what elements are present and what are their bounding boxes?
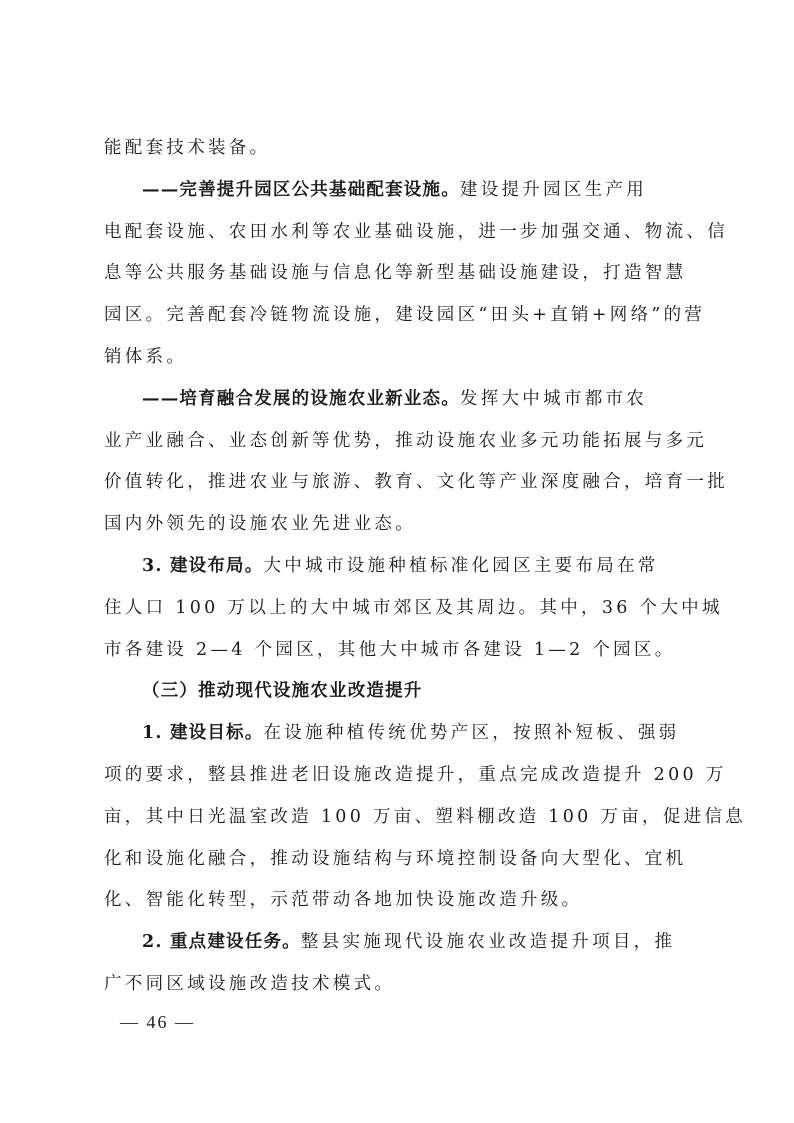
line-text: 业产业融合、业态创新等优势，推动设施农业多元功能拓展与多元: [104, 431, 707, 451]
subheading-line: ——培育融合发展的设施农业新业态。发挥大中城市都市农: [104, 379, 690, 421]
line-text: 价值转化，推进农业与旅游、教育、文化等产业深度融合，培育一批: [104, 472, 728, 492]
paragraph-line: 化、智能化转型，示范带动各地加快设施改造升级。: [104, 880, 690, 922]
line-text: 建设提升园区生产用: [460, 180, 647, 200]
line-text: 在设施种植传统优势产区，按照补短板、强弱: [263, 723, 679, 743]
paragraph-line: 亩，其中日光温室改造 100 万亩、塑料棚改造 100 万亩，促进信息: [104, 797, 690, 839]
line-text: 能配套技术装备。: [104, 138, 270, 158]
bold-heading: ——完善提升园区公共基础配套设施。: [142, 180, 460, 200]
paragraph-line: 电配套设施、农田水利等农业基础设施，进一步加强交通、物流、信: [104, 212, 690, 254]
line-text: 广不同区域设施改造技术模式。: [104, 974, 395, 994]
paragraph-line: 住人口 100 万以上的大中城市郊区及其周边。其中，36 个大中城: [104, 588, 690, 630]
paragraph-line: 园区。完善配套冷链物流设施，建设园区“田头+直销+网络”的营: [104, 295, 690, 337]
bold-heading: 1. 建设目标。: [142, 723, 263, 743]
paragraph-line: 能配套技术装备。: [104, 128, 690, 170]
page-number: — 46 —: [120, 1012, 195, 1033]
bold-heading: （三）推动现代设施农业改造提升: [142, 681, 423, 701]
subheading-line: ——完善提升园区公共基础配套设施。建设提升园区生产用: [104, 170, 690, 212]
subheading-line: 1. 建设目标。在设施种植传统优势产区，按照补短板、强弱: [104, 713, 690, 755]
paragraph-line: 项的要求，整县推进老旧设施改造提升，重点完成改造提升 200 万: [104, 755, 690, 797]
line-text: 息等公共服务基础设施与信息化等新型基础设施建设，打造智慧: [104, 263, 686, 283]
line-text: 大中城市设施种植标准化园区主要布局在常: [263, 556, 658, 576]
bold-heading: ——培育融合发展的设施农业新业态。: [142, 389, 460, 409]
paragraph-line: 价值转化，推进农业与旅游、教育、文化等产业深度融合，培育一批: [104, 462, 690, 504]
paragraph-line: 化和设施化融合，推动设施结构与环境控制设备向大型化、宜机: [104, 839, 690, 881]
subheading-line: 3. 建设布局。大中城市设施种植标准化园区主要布局在常: [104, 546, 690, 588]
paragraph-line: 国内外领先的设施农业先进业态。: [104, 504, 690, 546]
line-text: 化和设施化融合，推动设施结构与环境控制设备向大型化、宜机: [104, 849, 686, 869]
paragraph-line: 广不同区域设施改造技术模式。: [104, 964, 690, 1006]
document-body: 能配套技术装备。 ——完善提升园区公共基础配套设施。建设提升园区生产用 电配套设…: [104, 128, 690, 1006]
line-text: 园区。完善配套冷链物流设施，建设园区“田头+直销+网络”的营: [104, 305, 705, 325]
line-text: 项的要求，整县推进老旧设施改造提升，重点完成改造提升 200 万: [104, 765, 727, 785]
bold-heading: 2. 重点建设任务。: [142, 932, 301, 952]
line-text: 住人口 100 万以上的大中城市郊区及其周边。其中，36 个大中城: [104, 598, 723, 618]
line-text: 销体系。: [104, 347, 187, 367]
paragraph-line: 销体系。: [104, 337, 690, 379]
paragraph-line: 息等公共服务基础设施与信息化等新型基础设施建设，打造智慧: [104, 253, 690, 295]
paragraph-line: 业产业融合、业态创新等优势，推动设施农业多元功能拓展与多元: [104, 421, 690, 463]
line-text: 化、智能化转型，示范带动各地加快设施改造升级。: [104, 890, 582, 910]
line-text: 整县实施现代设施农业改造提升项目，推: [301, 932, 675, 952]
line-text: 电配套设施、农田水利等农业基础设施，进一步加强交通、物流、信: [104, 222, 728, 242]
bold-heading: 3. 建设布局。: [142, 556, 263, 576]
subheading-line: 2. 重点建设任务。整县实施现代设施农业改造提升项目，推: [104, 922, 690, 964]
line-text: 市各建设 2—4 个园区，其他大中城市各建设 1—2 个园区。: [104, 640, 676, 660]
line-text: 国内外领先的设施农业先进业态。: [104, 514, 416, 534]
line-text: 亩，其中日光温室改造 100 万亩、塑料棚改造 100 万亩，促进信息: [104, 807, 746, 827]
line-text: 发挥大中城市都市农: [460, 389, 647, 409]
section-heading: （三）推动现代设施农业改造提升: [104, 671, 690, 713]
paragraph-line: 市各建设 2—4 个园区，其他大中城市各建设 1—2 个园区。: [104, 630, 690, 672]
